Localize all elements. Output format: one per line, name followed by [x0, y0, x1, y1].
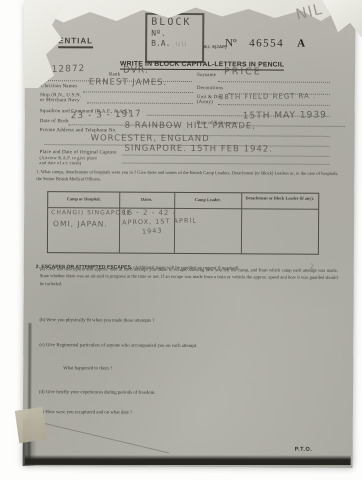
- dob-value: 23 - 3 - 1917: [71, 109, 142, 121]
- block-number-stamp-box: BLOCK Nº. B.A. uu: [145, 13, 204, 63]
- question-2e-text: (e) How were you recaptured and on what …: [39, 410, 132, 416]
- table-header-camp: Camp or Hospital.: [48, 196, 119, 202]
- field-line: [87, 101, 193, 104]
- table-header-leader: Camp Leader.: [174, 197, 241, 203]
- confidential-stamp: ENTIAL: [58, 36, 93, 48]
- question-2b-text: (b) Were you physically fit when you mad…: [39, 318, 154, 324]
- christian-names-label: Christian Names: [41, 84, 77, 89]
- table-row-dates: 16 - 2 - 42 -: [122, 209, 176, 217]
- surname-value: PRICE: [224, 66, 262, 77]
- dob-label: Date of Birth: [40, 119, 69, 124]
- ship-label-line2: or Merchant Navy: [40, 98, 80, 103]
- unit-label-line2: (Army): [197, 100, 213, 105]
- table-row-dates-cont: 1943: [142, 226, 163, 235]
- form-paper: ENTIAL BLOCK Nº. B.A. uu M.I. 9(JAP) Nº …: [23, 3, 356, 468]
- rank-value: DVR.: [123, 66, 149, 76]
- pto-label: P.T.O.: [295, 447, 313, 453]
- address-value-line1: 8 RAINBOW HILL PARADE,: [125, 121, 256, 132]
- no-sign: Nº: [225, 37, 236, 49]
- field-line: [218, 80, 330, 83]
- table-row-camp: OMI, JAPAN.: [53, 219, 108, 228]
- series-letter: A: [297, 38, 305, 50]
- scanned-pow-form: ENTIAL BLOCK Nº. B.A. uu M.I. 9(JAP) Nº …: [0, 0, 362, 480]
- table-row-camp: CHANGI) SINGAPORE: [51, 209, 131, 216]
- mi9-label: M.I. 9(JAP): [203, 44, 227, 49]
- decorations-label: Decorations: [197, 86, 223, 91]
- block-stamp-title: BLOCK: [151, 17, 202, 28]
- christian-names-value: ERNEST JAMES.: [89, 77, 167, 87]
- address-value-line2: WORCESTER, ENGLAND: [91, 133, 210, 144]
- field-line: [122, 162, 329, 165]
- surname-label: Surname: [197, 73, 216, 78]
- field-line: [83, 90, 193, 93]
- table-row-dates: APROX, 1ST APRIL: [122, 216, 197, 226]
- table-header-dates: Dates.: [119, 197, 174, 203]
- question-2c2-text: What happened to them ?: [63, 366, 112, 371]
- block-stamp-no: Nº.: [151, 29, 202, 38]
- unit-value: 88TH FIELD REGT RA .: [219, 92, 317, 101]
- table-header-block-leader: Detachment or Block Leader (if any).: [244, 195, 315, 201]
- question-2a-text: (a) Give full description and approx. da…: [40, 265, 338, 289]
- block-stamp-ba: B.A.: [151, 39, 170, 48]
- camp-table: Camp or Hospital. Dates. Camp Leader. De…: [47, 191, 319, 255]
- field-line: [241, 124, 345, 127]
- serial-number: 46554: [249, 37, 284, 49]
- bottom-edge-shadow: [25, 455, 351, 465]
- question-2c-text: (c) Give Regimental particulars of anyon…: [39, 343, 197, 349]
- question-1-text: 1. What camps, detachments or hospitals …: [36, 169, 338, 184]
- enlist-value: 15TH MAY 1939: [243, 110, 327, 121]
- capture-label-line3: and date of a/c crash): [39, 160, 81, 165]
- crease-line: [42, 423, 169, 454]
- field-line: [122, 154, 329, 157]
- question-2d-text: (d) Give briefly your experiences during…: [39, 390, 156, 396]
- block-stamp-pencil-scribble: uu: [175, 39, 187, 48]
- field-line: [218, 103, 330, 106]
